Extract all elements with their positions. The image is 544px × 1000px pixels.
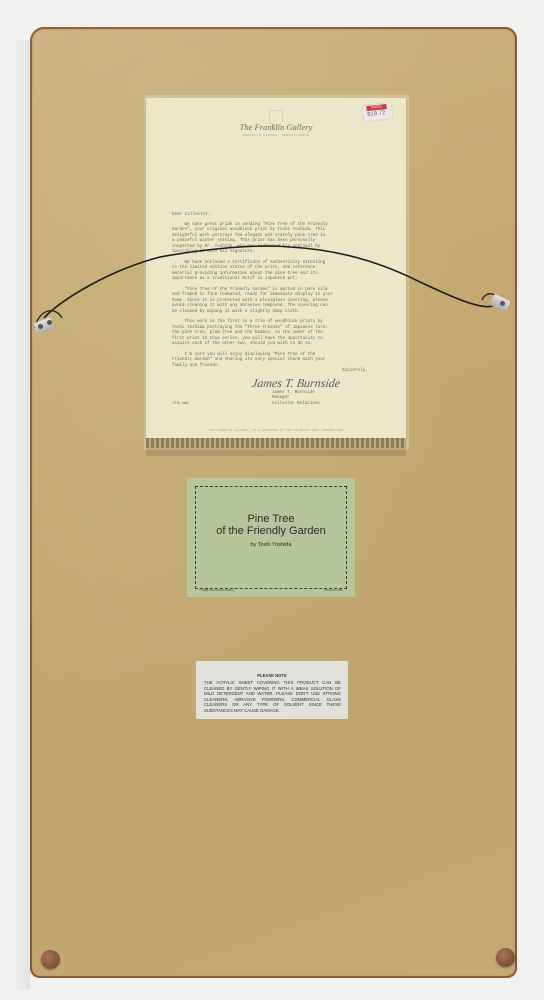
artwork-title-line1: Pine Tree	[187, 513, 355, 525]
artist-credit: by Toshi Yoshida	[187, 542, 355, 548]
care-note-label: PLEASE NOTE THE ACRYLIC SHEET COVERING T…	[196, 661, 348, 719]
care-note-text: THE ACRYLIC SHEET COVERING THIS PRODUCT …	[204, 680, 341, 714]
right-bumper-foot	[496, 948, 515, 967]
label-code: Printed in USA	[325, 588, 343, 592]
left-bumper-foot	[41, 950, 60, 969]
copyright-line: © 1980 The Franklin Gallery	[199, 588, 234, 592]
care-note-title: PLEASE NOTE	[196, 673, 348, 678]
dashed-border	[195, 486, 347, 589]
artwork-title-line2: of the Friendly Garden	[187, 525, 355, 537]
artwork-title: Pine Tree of the Friendly Garden	[187, 513, 355, 537]
title-label-card: Pine Tree of the Friendly Garden by Tosh…	[187, 478, 355, 597]
right-screw-icon	[500, 301, 505, 306]
left-screw-icon	[38, 324, 43, 329]
left-screw-icon	[47, 320, 52, 325]
